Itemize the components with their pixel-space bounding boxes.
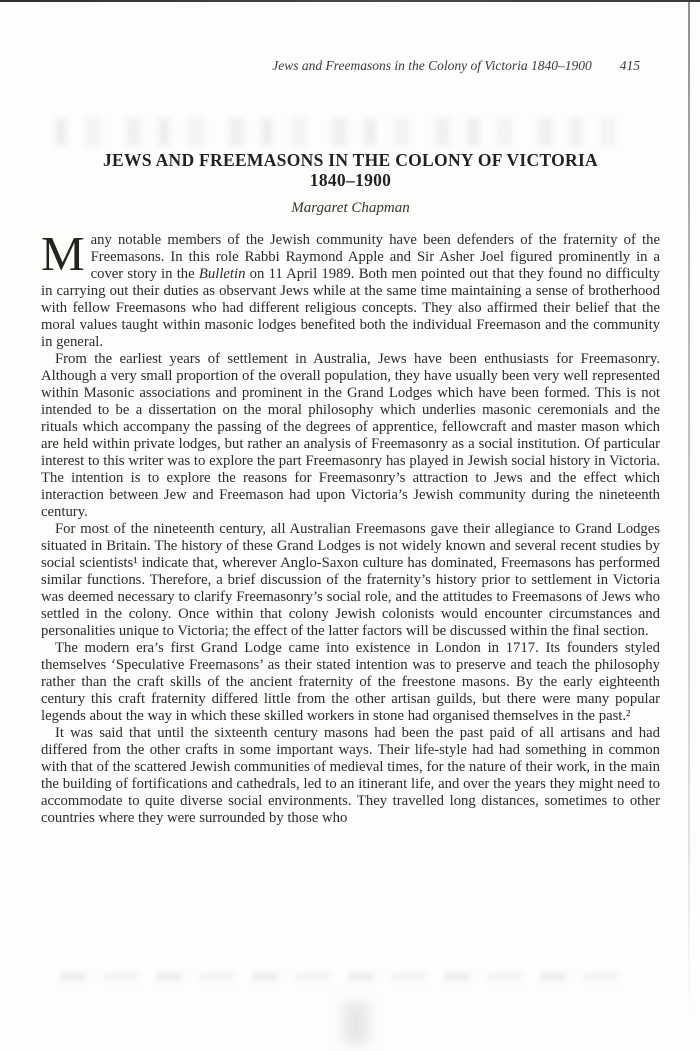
paragraph-5: It was said that until the sixteenth cen… — [41, 725, 660, 827]
paragraph-3: For most of the nineteenth century, all … — [41, 521, 660, 640]
running-header-title: Jews and Freemasons in the Colony of Vic… — [272, 58, 591, 73]
scanned-journal-page: Jews and Freemasons in the Colony of Vic… — [0, 0, 700, 1051]
paragraph-4: The modern era’s first Grand Lodge came … — [41, 640, 660, 725]
author-byline: Margaret Chapman — [41, 199, 660, 217]
drop-cap: M — [41, 232, 91, 273]
title-block: JEWS AND FREEMASONS IN THE COLONY OF VIC… — [41, 150, 660, 190]
scan-artifact-blob — [343, 1002, 369, 1044]
article-body: Many notable members of the Jewish commu… — [41, 232, 660, 827]
article-title-line2: 1840–1900 — [41, 170, 660, 190]
scan-artifact-underline — [60, 972, 635, 981]
paragraph-1-italic-word: Bulletin — [199, 266, 246, 282]
page-number: 415 — [620, 58, 640, 74]
scan-top-edge-line — [0, 0, 700, 2]
page-content: Jews and Freemasons in the Colony of Vic… — [0, 58, 700, 827]
paragraph-2: From the earliest years of settlement in… — [41, 351, 660, 521]
article-title-line1: JEWS AND FREEMASONS IN THE COLONY OF VIC… — [41, 150, 660, 170]
paragraph-1: Many notable members of the Jewish commu… — [41, 232, 660, 351]
running-header: Jews and Freemasons in the Colony of Vic… — [41, 58, 660, 74]
